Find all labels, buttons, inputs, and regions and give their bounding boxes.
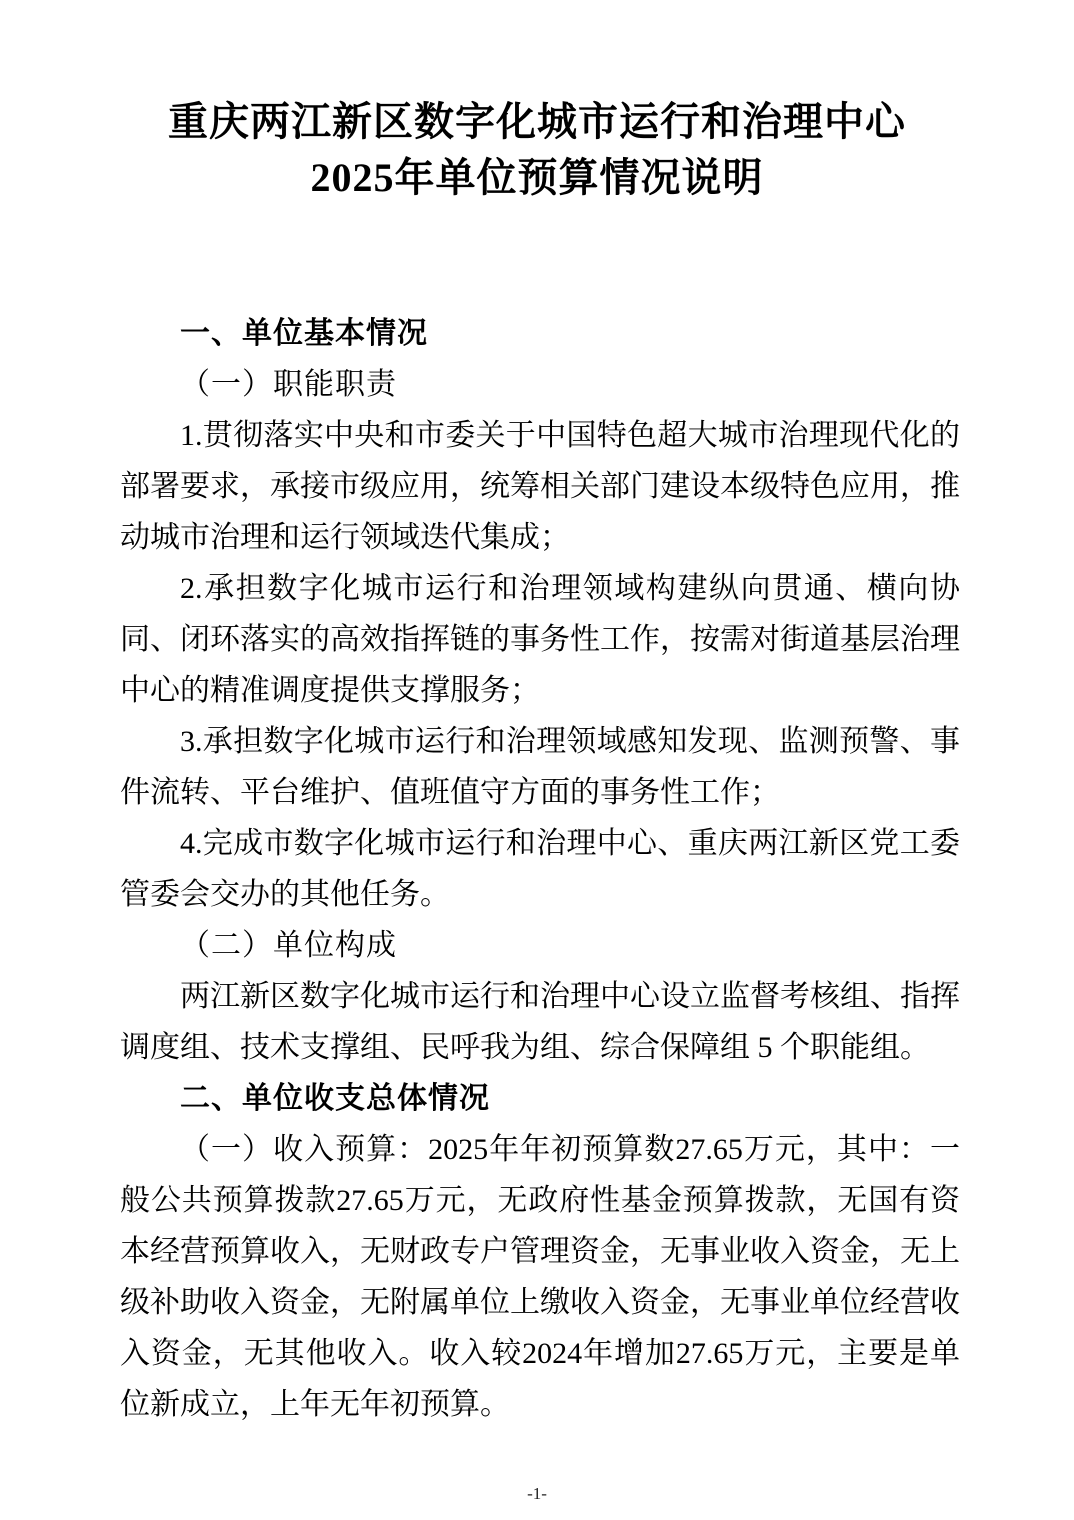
section-heading-budget-overview: 二、单位收支总体情况 xyxy=(120,1073,960,1124)
title-line-2: 2025年单位预算情况说明 xyxy=(50,150,1024,206)
paragraph-duty-4: 4.完成市数字化城市运行和治理中心、重庆两江新区党工委管委会交办的其他任务。 xyxy=(120,818,960,920)
paragraph-composition: 两江新区数字化城市运行和治理中心设立监督考核组、指挥调度组、技术支撑组、民呼我为… xyxy=(120,971,960,1073)
paragraph-income-budget: （一）收入预算：2025年年初预算数27.65万元，其中：一般公共预算拨款27.… xyxy=(120,1124,960,1430)
title-line-1: 重庆两江新区数字化城市运行和治理中心 xyxy=(50,94,1024,150)
subsection-heading-duties: （一）职能职责 xyxy=(120,359,960,410)
document-page: 重庆两江新区数字化城市运行和治理中心 2025年单位预算情况说明 一、单位基本情… xyxy=(0,0,1074,1520)
document-body: 一、单位基本情况 （一）职能职责 1.贯彻落实中央和市委关于中国特色超大城市治理… xyxy=(120,308,960,1430)
section-heading-basic-info: 一、单位基本情况 xyxy=(120,308,960,359)
paragraph-duty-2: 2.承担数字化城市运行和治理领域构建纵向贯通、横向协同、闭环落实的高效指挥链的事… xyxy=(120,563,960,716)
paragraph-duty-3: 3.承担数字化城市运行和治理领域感知发现、监测预警、事件流转、平台维护、值班值守… xyxy=(120,716,960,818)
page-number: -1- xyxy=(0,1484,1074,1504)
paragraph-duty-1: 1.贯彻落实中央和市委关于中国特色超大城市治理现代化的部署要求，承接市级应用，统… xyxy=(120,410,960,563)
document-title: 重庆两江新区数字化城市运行和治理中心 2025年单位预算情况说明 xyxy=(50,94,1024,206)
subsection-heading-composition: （二）单位构成 xyxy=(120,920,960,971)
